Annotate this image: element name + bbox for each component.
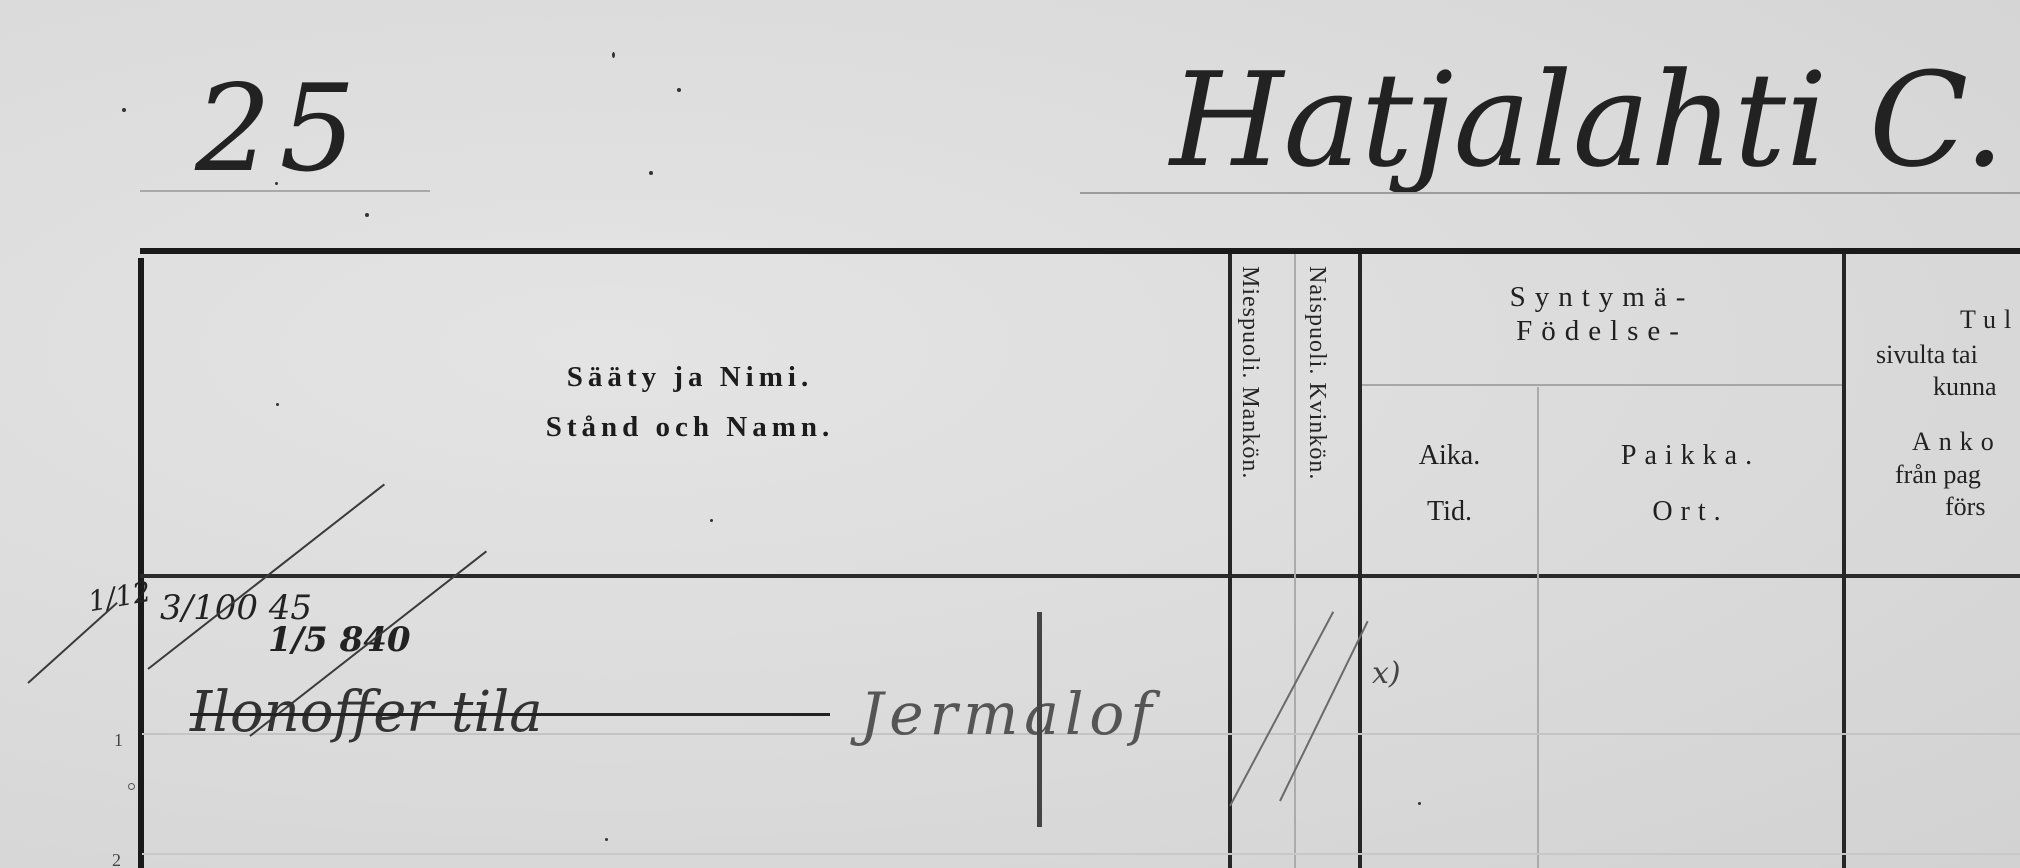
row-number-1: 1 <box>114 730 123 751</box>
arrival-header-line1: Tul <box>1960 305 2019 335</box>
arrival-header-line5: från pag <box>1895 460 1981 490</box>
paper-speck <box>275 182 278 185</box>
row-rule <box>142 853 2020 855</box>
divider-birth-arrival <box>1842 254 1846 868</box>
divider-name-male <box>1228 254 1232 868</box>
paper-speck <box>649 171 653 175</box>
arrival-header-line6: förs <box>1945 492 1985 522</box>
paper-speck <box>365 213 369 217</box>
birth-time-header-finnish: Aika. <box>1362 432 1537 480</box>
divider-male-female <box>1294 254 1296 868</box>
paper-speck <box>677 88 681 92</box>
female-column-header: Naispuoli. Kvinkön. <box>1303 266 1330 566</box>
paper-speck <box>612 52 615 58</box>
male-mark-stroke <box>1229 611 1334 806</box>
arrival-header-line2: sivulta tai <box>1876 340 1978 370</box>
village-name: Hatjalahti C. <box>1170 55 2005 185</box>
name-header-swedish: Stånd och Namn. <box>440 405 940 449</box>
village-rule <box>1080 192 2020 194</box>
paper-speck <box>122 108 126 112</box>
birth-subheader-rule <box>1362 384 1842 386</box>
birth-time-header-swedish: Tid. <box>1362 488 1537 536</box>
row-number-2: 2 <box>112 850 121 868</box>
page-number-rule <box>140 190 430 192</box>
margin-date-slash <box>27 602 118 684</box>
arrival-header-line4: Anko <box>1912 427 2002 457</box>
female-mark-stroke <box>1279 621 1368 802</box>
page-number: 25 <box>195 70 364 190</box>
birth-header-swedish: Födelse- <box>1362 314 1842 348</box>
table-left-border <box>138 258 144 868</box>
table-top-border <box>140 248 2020 254</box>
male-column-header: Miespuoli. Mankön. <box>1236 266 1263 566</box>
header-bottom-border <box>140 574 2020 578</box>
birth-time-mark: x) <box>1372 656 1401 691</box>
paper-speck <box>1418 802 1421 805</box>
paper-speck <box>276 403 279 406</box>
vertical-mark <box>1037 612 1042 827</box>
birth-place-header-finnish: Paikka. <box>1539 432 1842 480</box>
birth-header-finnish: Syntymä- <box>1362 280 1842 314</box>
entry-name: Jermalof <box>860 680 1158 748</box>
register-page: 25 Hatjalahti C. Sääty ja Nimi. Stånd oc… <box>0 0 2020 868</box>
strikethrough-line <box>190 713 830 716</box>
paper-speck <box>605 838 608 841</box>
arrival-header-line3: kunna <box>1933 372 1997 402</box>
paper-speck <box>710 519 713 522</box>
name-header-finnish: Sääty ja Nimi. <box>440 355 940 399</box>
paper-speck <box>128 783 135 790</box>
birth-place-header-swedish: Ort. <box>1539 488 1842 536</box>
